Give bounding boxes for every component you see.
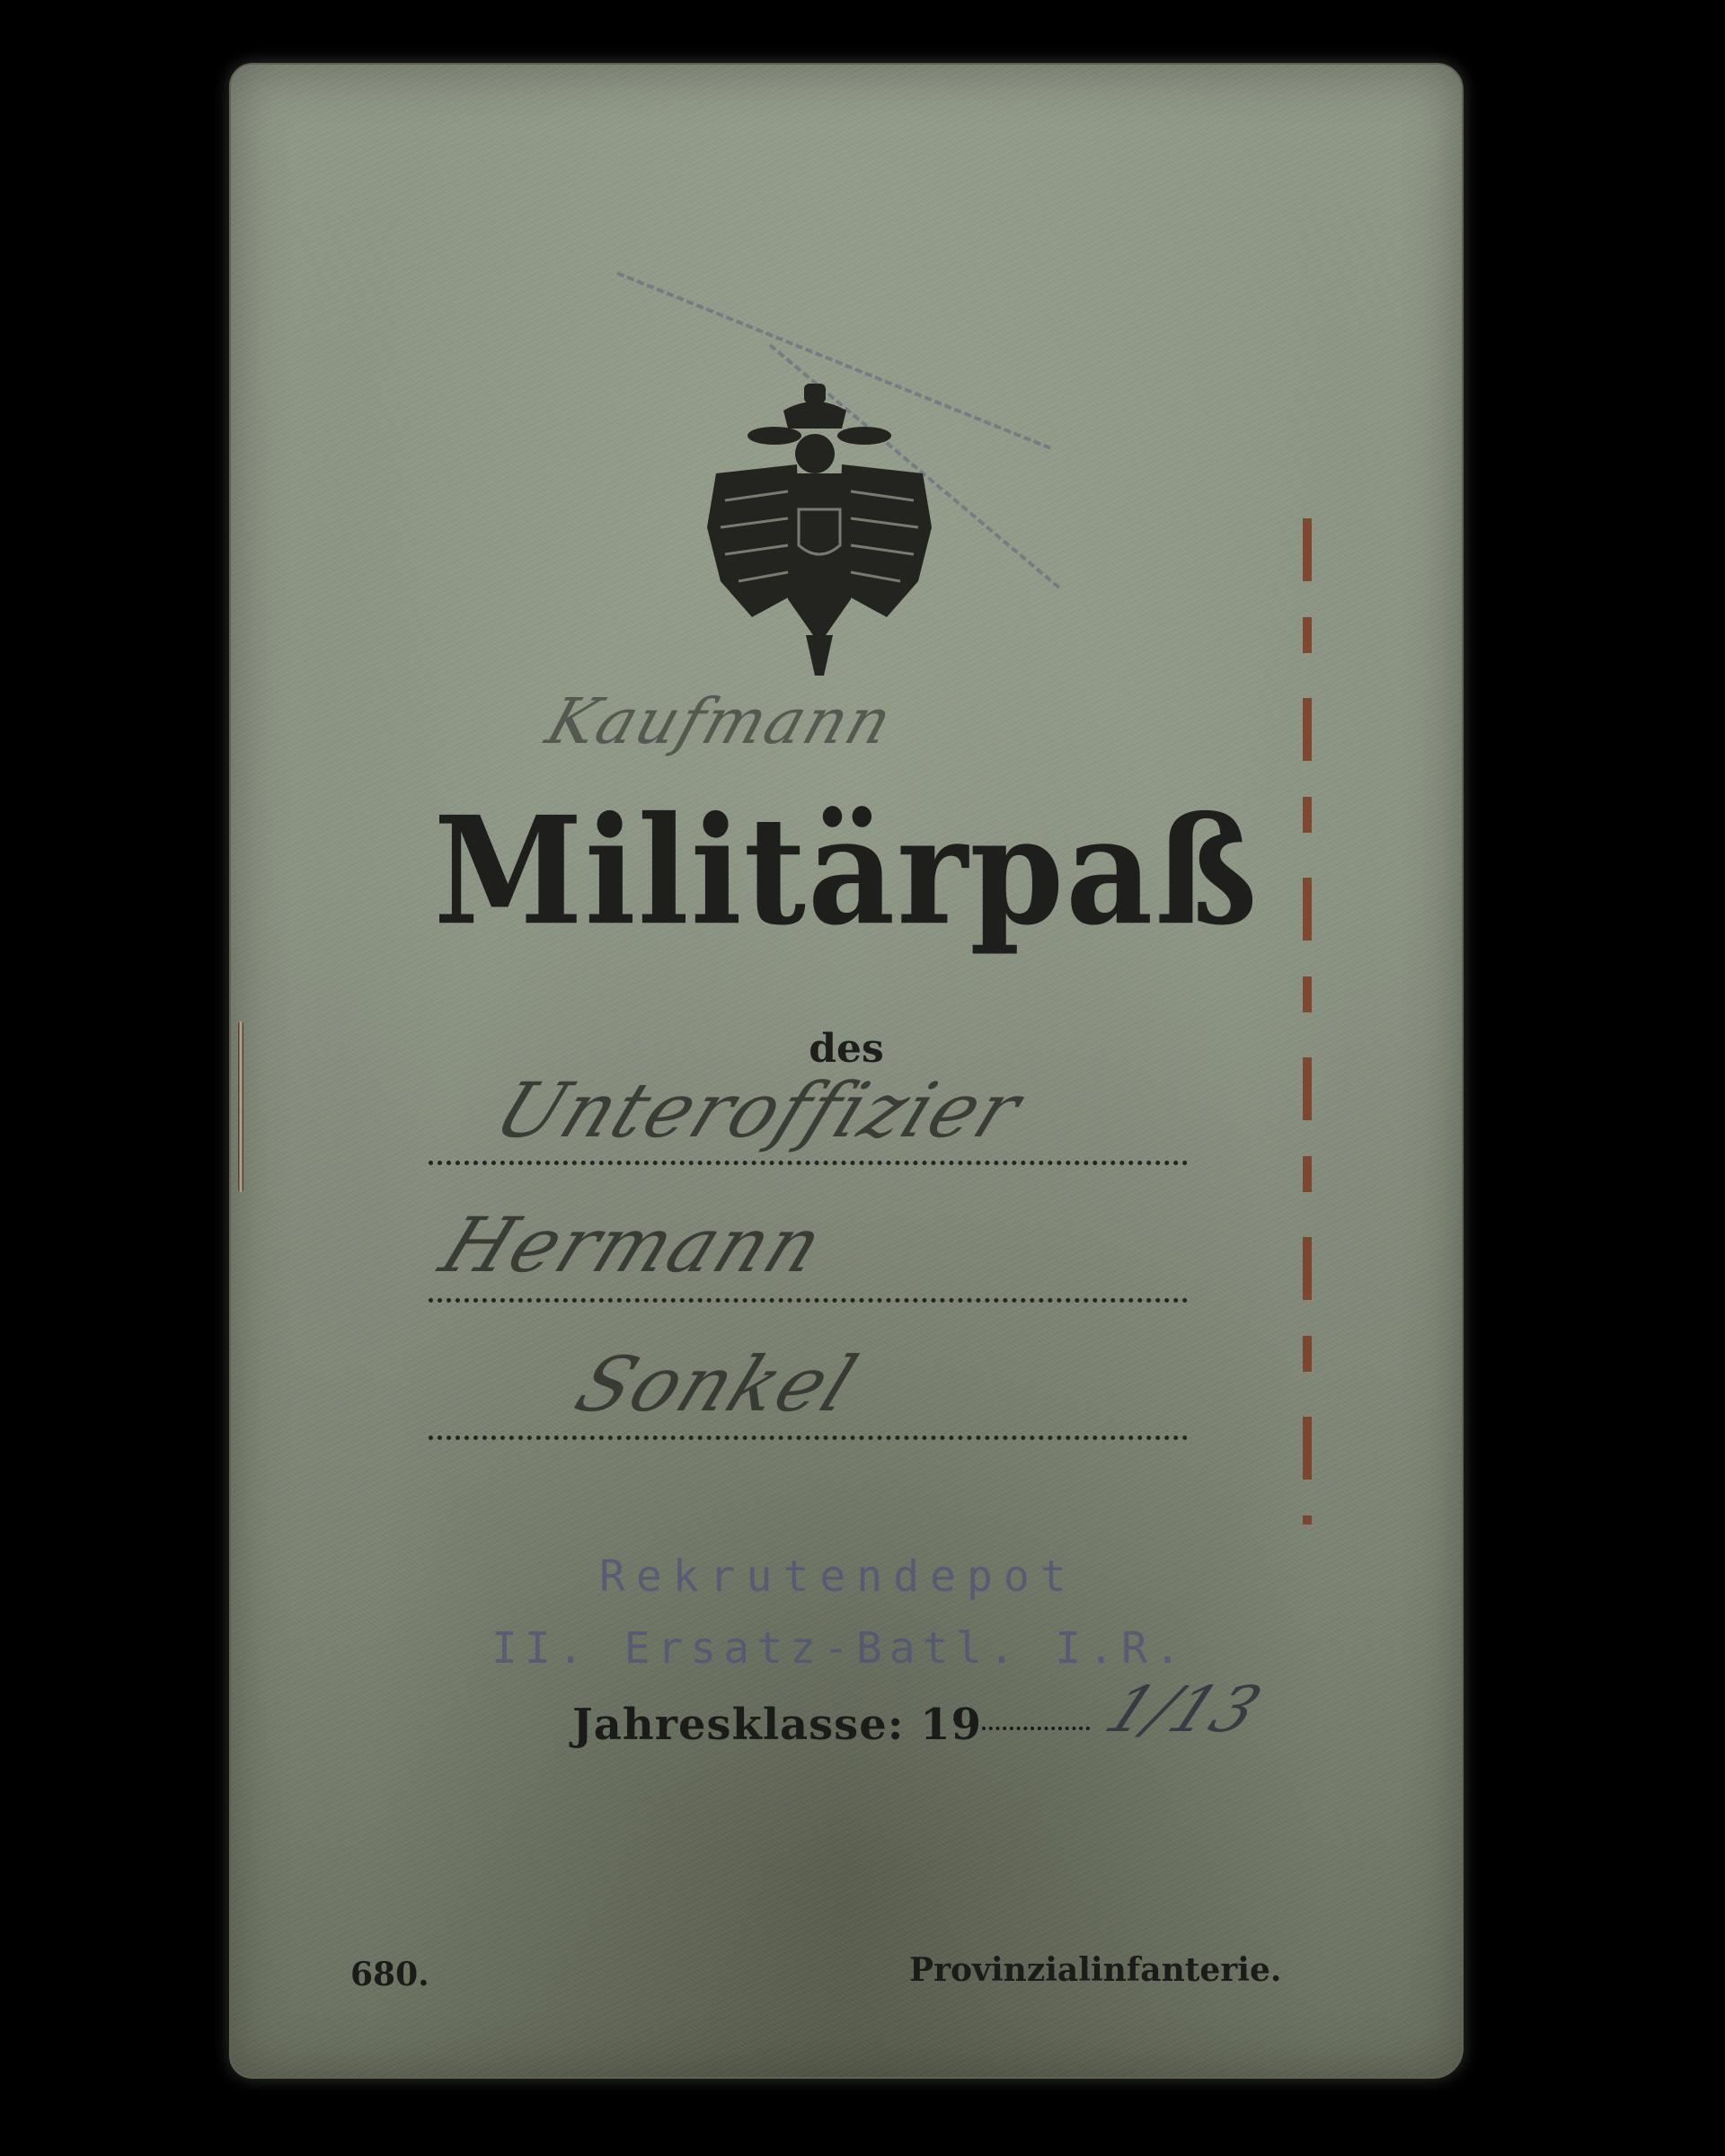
document-page: Kaufmann Militärpaß des Unteroffizier He… <box>229 63 1464 2079</box>
rank-handwritten: Unteroffizier <box>482 1066 1035 1154</box>
first-name-handwritten: Hermann <box>429 1201 837 1289</box>
occupation-handwritten: Kaufmann <box>538 685 903 758</box>
form-type: Provinzialinfanterie. <box>909 1951 1281 1989</box>
preposition-label: des <box>231 1026 1462 1072</box>
rank-line <box>429 1161 1188 1165</box>
year-class-dotted-line <box>982 1727 1090 1730</box>
rust-stain-line <box>1303 518 1312 1524</box>
stamp-line-1: Rekrutendepot <box>599 1551 1077 1602</box>
form-number: 680. <box>350 1956 429 1993</box>
stamp-line-2: II. Ersatz-Batl. I.R. <box>491 1623 1188 1674</box>
first-name-line <box>429 1298 1188 1303</box>
document-title: Militärpaß <box>231 784 1462 959</box>
year-class-label: Jahresklasse: <box>572 1700 904 1750</box>
year-class-prefix: 19 <box>920 1700 982 1750</box>
year-class-field: Jahresklasse: 19 1/13 <box>572 1700 1090 1750</box>
surname-handwritten: Sonkel <box>563 1340 870 1428</box>
imperial-eagle-icon <box>698 375 941 680</box>
surname-line <box>429 1436 1188 1440</box>
